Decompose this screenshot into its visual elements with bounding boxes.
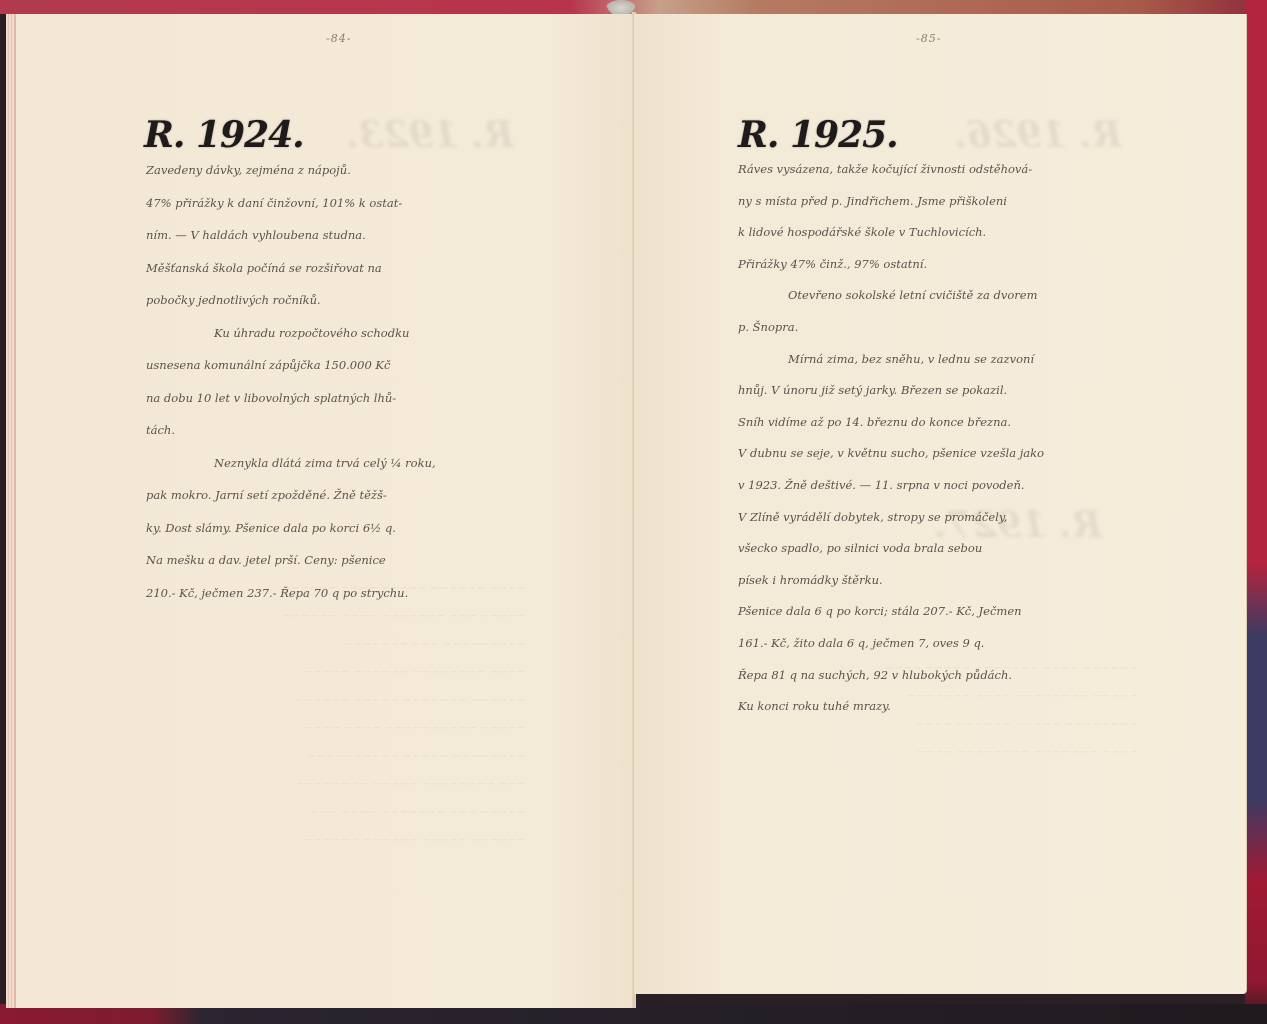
open-book-spread: -84- R. 1923. R. 1924. Zavedeny dávky, z…: [0, 12, 1252, 1010]
text-line: 47% přirážky k daní činžovní, 101% k ost…: [146, 187, 436, 220]
entry-body: Ráves vysázena, takže kočující živnosti …: [738, 154, 1044, 723]
bleed-through-heading: R. 1926.: [954, 114, 1122, 156]
text-line: Otevřeno sokolské letní cvičiště za dvor…: [738, 280, 1044, 312]
text-line: ny s místa před p. Jindřichem. Jsme přiš…: [738, 186, 1044, 218]
bleed-through-heading: R. 1923.: [346, 114, 514, 156]
text-line: v 1923. Žně deštivé. — 11. srpna v noci …: [738, 470, 1044, 502]
text-line: ky. Dost slámy. Pšenice dala po korci 6½…: [146, 512, 436, 545]
text-line: Přirážky 47% činž., 97% ostatní.: [738, 249, 1044, 281]
text-line: Pšenice dala 6 q po korci; stála 207.- K…: [738, 596, 1044, 628]
text-line: k lidové hospodářské škole v Tuchlovicíc…: [738, 217, 1044, 249]
year-heading: R. 1924.: [144, 114, 304, 156]
text-line: všecko spadlo, po silnici voda brala seb…: [738, 533, 1044, 565]
bleed-through-text: ~~~~ ~~~~~~ ~~~~~ ~~~~ ~~~~~~ ~~~~~ ~~~ …: [146, 574, 526, 854]
text-line: usnesena komunální zápůjčka 150.000 Kč: [146, 349, 436, 382]
text-line: tách.: [146, 414, 436, 447]
right-page: -85- R. 1926. R. 1927. R. 1925. Ráves vy…: [634, 14, 1247, 994]
text-line: písek i hromádky štěrku.: [738, 565, 1044, 597]
page-number: -85-: [916, 32, 941, 45]
text-line: Neznykla dlátá zima trvá celý ¼ roku,: [146, 447, 436, 480]
text-line: Ráves vysázena, takže kočující živnosti …: [738, 154, 1044, 186]
year-heading: R. 1925.: [738, 114, 898, 156]
text-line: hnůj. V únoru již setý jarky. Březen se …: [738, 375, 1044, 407]
bleed-through-text: ~~~~~~ ~~~~ ~~~~~~~ ~~~~~ ~~~~ ~~~~~ ~~~…: [738, 654, 1138, 766]
text-line: Sníh vidíme až po 14. březnu do konce bř…: [738, 407, 1044, 439]
text-line: V dubnu se seje, v květnu sucho, pšenice…: [738, 438, 1044, 470]
text-line: Ku úhradu rozpočtového schodku: [146, 317, 436, 350]
text-line: Zavedeny dávky, zejména z nápojů.: [146, 154, 436, 187]
page-number: -84-: [326, 32, 351, 45]
text-line: Mírná zima, bez sněhu, v lednu se zazvon…: [738, 344, 1044, 376]
text-line: Na mešku a dav. jetel prší. Ceny: pšenic…: [146, 544, 436, 577]
text-line: pobočky jednotlivých ročníků.: [146, 284, 436, 317]
text-line: p. Šnopra.: [738, 312, 1044, 344]
entry-body: Zavedeny dávky, zejména z nápojů. 47% př…: [146, 154, 436, 609]
left-page: -84- R. 1923. R. 1924. Zavedeny dávky, z…: [14, 14, 636, 1008]
text-line: na dobu 10 let v libovolných splatných l…: [146, 382, 436, 415]
text-line: Měšťanská škola počíná se rozšiřovat na: [146, 252, 436, 285]
text-line: ním. — V haldách vyhloubena studna.: [146, 219, 436, 252]
text-line: V Zlíně vyrádělí dobytek, stropy se prom…: [738, 502, 1044, 534]
text-line: pak mokro. Jarní setí zpožděné. Žně těžš…: [146, 479, 436, 512]
